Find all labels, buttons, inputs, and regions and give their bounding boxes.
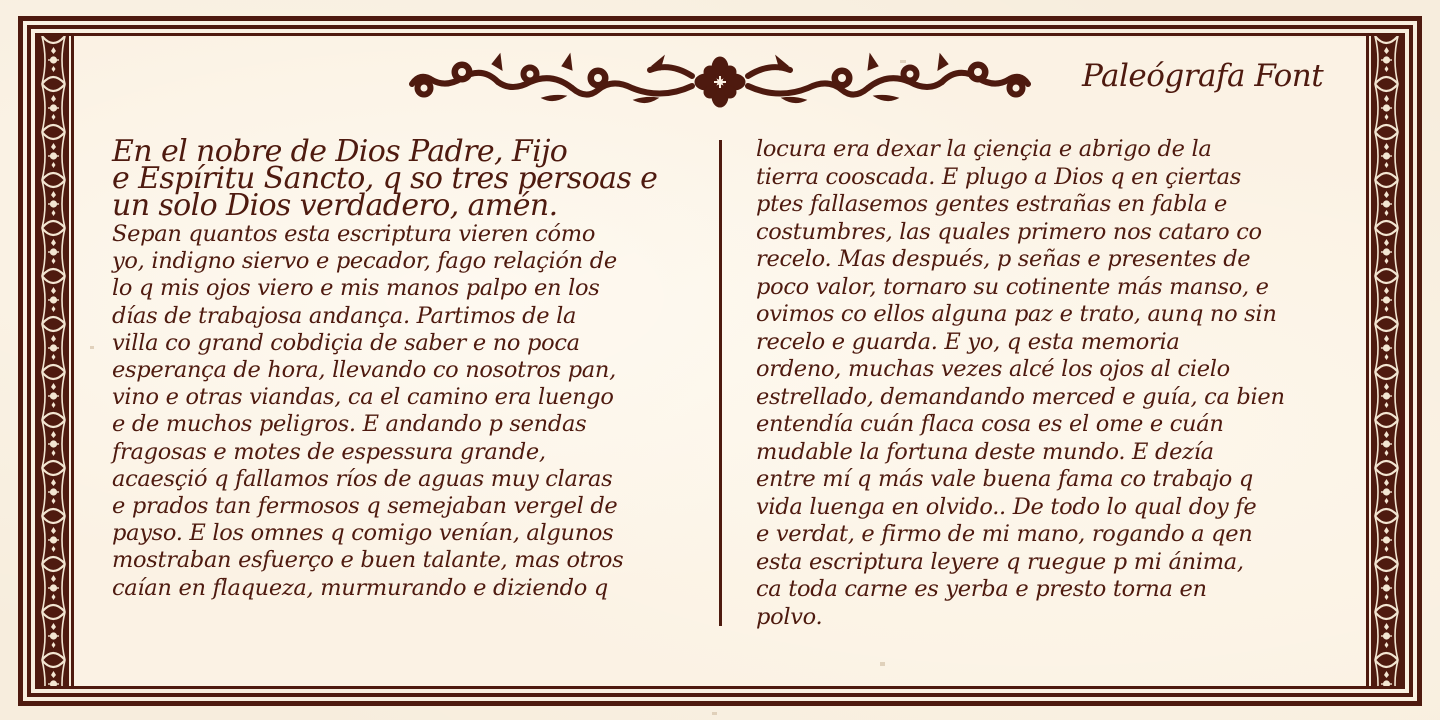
paper-speck xyxy=(712,712,717,715)
text-line: payso. E los omnes q comigo venían, algu… xyxy=(112,520,690,547)
vine-border-pattern-icon xyxy=(38,36,69,686)
floral-scroll-ornament-icon xyxy=(402,52,1038,112)
text-line: villa co grand cobdiçia de saber e no po… xyxy=(112,330,690,357)
text-line: poco valor, tornaro su cotinente más man… xyxy=(756,274,1316,302)
right-border-rule xyxy=(1366,36,1369,686)
left-text-column: En el nobre de Dios Padre, Fijo e Espíri… xyxy=(112,138,690,602)
text-line: polvo. xyxy=(756,604,1316,632)
text-line: yo, indigno siervo e pecador, fago relaç… xyxy=(112,248,690,275)
left-body-text: Sepan quantos esta escriptura vieren cóm… xyxy=(112,221,690,602)
text-line: mudable la fortuna deste mundo. E dezía xyxy=(756,439,1316,467)
text-line: costumbres, las quales primero nos catar… xyxy=(756,219,1316,247)
text-line: entre mí q más vale buena fama co trabaj… xyxy=(756,466,1316,494)
text-line: e prados tan fermosos q semejaban vergel… xyxy=(112,493,690,520)
text-line: esta escriptura leyere q ruegue p mi áni… xyxy=(756,549,1316,577)
text-line: fragosas e motes de espessura grande, xyxy=(112,439,690,466)
text-line: caían en flaqueza, murmurando e diziendo… xyxy=(112,575,690,602)
column-divider xyxy=(719,140,722,626)
vine-border-pattern-icon xyxy=(1371,36,1402,686)
text-line: recelo. Mas después, p señas e presentes… xyxy=(756,246,1316,274)
text-line: vida luenga en olvido.. De todo lo qual … xyxy=(756,494,1316,522)
text-line: ovimos co ellos alguna paz e trato, aunq… xyxy=(756,301,1316,329)
paper-speck xyxy=(880,662,885,666)
text-line: lo q mis ojos viero e mis manos palpo en… xyxy=(112,275,690,302)
text-line: ptes fallasemos gentes estrañas en fabla… xyxy=(756,191,1316,219)
text-line: ordeno, muchas vezes alcé los ojos al ci… xyxy=(756,356,1316,384)
paper-speck xyxy=(90,346,94,349)
right-body-text: locura era dexar la çiençia e abrigo de … xyxy=(756,136,1316,631)
text-line: ca toda carne es yerba e presto torna en xyxy=(756,576,1316,604)
text-line: días de trabajosa andança. Partimos de l… xyxy=(112,303,690,330)
text-line: Sepan quantos esta escriptura vieren cóm… xyxy=(112,221,690,248)
parchment-page: Paleógrafa Font En el nobre de Dios Padr… xyxy=(0,0,1440,720)
text-line: recelo e guarda. E yo, q esta memoria xyxy=(756,329,1316,357)
text-line: vino e otras viandas, ca el camino era l… xyxy=(112,384,690,411)
right-text-column: locura era dexar la çiençia e abrigo de … xyxy=(756,136,1316,631)
font-name-title: Paleógrafa Font xyxy=(1082,58,1323,94)
text-line: esperança de hora, llevando co nosotros … xyxy=(112,357,690,384)
text-line: acaesçió q fallamos ríos de aguas muy cl… xyxy=(112,466,690,493)
text-line: estrellado, demandando merced e guía, ca… xyxy=(756,384,1316,412)
text-line: mostraban esfuerço e buen talante, mas o… xyxy=(112,547,690,574)
text-line: e de muchos peligros. E andando p sendas xyxy=(112,411,690,438)
text-line: tierra cooscada. E plugo a Dios q en çie… xyxy=(756,164,1316,192)
text-line: entendía cuán flaca cosa es el ome e cuá… xyxy=(756,411,1316,439)
text-line: locura era dexar la çiençia e abrigo de … xyxy=(756,136,1316,164)
heading-line: un solo Dios verdadero, amén. xyxy=(112,192,690,219)
invocation-heading: En el nobre de Dios Padre, Fijo e Espíri… xyxy=(112,138,690,219)
text-line: e verdat, e firmo de mi mano, rogando a … xyxy=(756,521,1316,549)
